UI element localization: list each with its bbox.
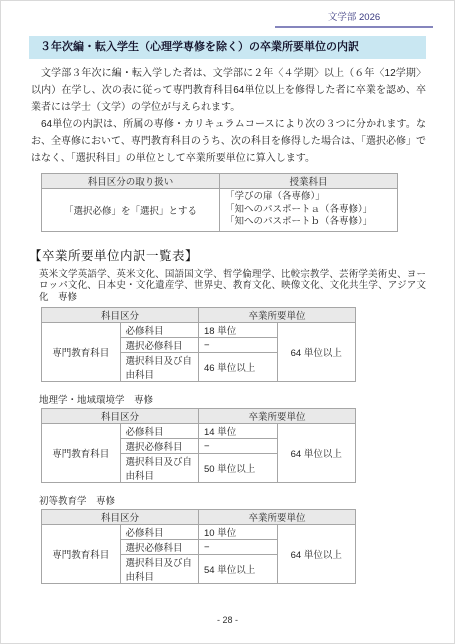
- table-row: 専門教育科目 必修科目 14 単位 64 単位以上: [42, 424, 356, 439]
- subject-type-cell: 必修科目: [120, 525, 199, 540]
- table-header-row: 科目区分 卒業所要単位: [42, 409, 356, 424]
- page-number: - 28 -: [1, 615, 454, 625]
- breakdown-section-heading: 【卒業所要単位内訳一覧表】: [29, 246, 428, 264]
- elementary-education-table-caption: 初等教育学 専修: [39, 493, 428, 507]
- subject-type-cell: 選択必修科目: [120, 540, 199, 555]
- intro-paragraph: 文学部３年次に編・転入学した者は、文学部に２年〈４学期〉以上（６年〈12学期〉以…: [31, 65, 426, 116]
- page-content: 文学部３年次に編・転入学した者は、文学部に２年〈４学期〉以上（６年〈12学期〉以…: [31, 65, 428, 584]
- units-column-header: 卒業所要単位: [199, 308, 356, 323]
- table-header-row: 科目区分の取り扱い 授業科目: [42, 174, 398, 189]
- subject-item: 「知へのパスポートｂ（各専修）」: [225, 216, 392, 229]
- geography-table-caption: 地理学・地域環境学 専修: [39, 392, 428, 406]
- page-header-label: 文学部 2026: [275, 9, 433, 28]
- units-cell: 14 単位: [199, 424, 278, 439]
- subject-type-cell: 選択必修科目: [120, 439, 199, 454]
- table-row: 専門教育科目 必修科目 18 単位 64 単位以上: [42, 323, 356, 338]
- total-units-cell: 64 単位以上: [277, 525, 356, 584]
- units-cell: 54 単位以上: [199, 555, 278, 584]
- units-cell: 18 単位: [199, 323, 278, 338]
- units-column-header: 卒業所要単位: [199, 409, 356, 424]
- handling-cell: 「選択必修」を「選択」とする: [42, 189, 220, 232]
- total-units-cell: 64 単位以上: [277, 424, 356, 483]
- subject-type-cell: 必修科目: [120, 323, 199, 338]
- units-column-header: 卒業所要単位: [199, 510, 356, 525]
- subject-handling-table: 科目区分の取り扱い 授業科目 「選択必修」を「選択」とする 「学びの扉（各専修）…: [41, 173, 398, 232]
- majors-list-caption: 英米文学英語学、英米文化、国語国文学、哲学倫理学、比較宗教学、芸術学美術史、ヨー…: [39, 269, 426, 304]
- subject-type-cell: 選択科目及び自由科目: [120, 454, 199, 483]
- category-column-header: 科目区分: [42, 510, 199, 525]
- category-cell: 専門教育科目: [42, 525, 121, 584]
- category-column-header: 科目区分: [42, 308, 199, 323]
- units-cell: 50 単位以上: [199, 454, 278, 483]
- subject-item: 「学びの扉（各専修）」: [225, 191, 392, 204]
- table-row: 「選択必修」を「選択」とする 「学びの扉（各専修）」 「知へのパスポートａ（各専…: [42, 189, 398, 232]
- breakdown-note-paragraph: 64単位の内訳は、所属の専修・カリキュラムコースにより次の３つに分かれます。なお…: [31, 116, 426, 167]
- unit-breakdown-table-humanities: 科目区分 卒業所要単位 専門教育科目 必修科目 18 単位 64 単位以上 選択…: [41, 307, 356, 382]
- document-page: 文学部 2026 ３年次編・転入学生（心理学専修を除く）の卒業所要単位の内訳 文…: [0, 0, 455, 644]
- subject-type-cell: 選択科目及び自由科目: [120, 353, 199, 382]
- subject-type-cell: 必修科目: [120, 424, 199, 439]
- total-units-cell: 64 単位以上: [277, 323, 356, 382]
- table-header-row: 科目区分 卒業所要単位: [42, 308, 356, 323]
- subjects-column-header: 授業科目: [220, 174, 398, 189]
- section-title-bar: ３年次編・転入学生（心理学専修を除く）の卒業所要単位の内訳: [29, 36, 426, 59]
- units-cell: −: [199, 540, 278, 555]
- units-cell: 46 単位以上: [199, 353, 278, 382]
- subject-item: 「知へのパスポートａ（各専修）」: [225, 204, 392, 217]
- unit-breakdown-table-elementary-education: 科目区分 卒業所要単位 専門教育科目 必修科目 10 単位 64 単位以上 選択…: [41, 509, 356, 584]
- subjects-cell: 「学びの扉（各専修）」 「知へのパスポートａ（各専修）」 「知へのパスポートｂ（…: [220, 189, 398, 232]
- subject-type-cell: 選択必修科目: [120, 338, 199, 353]
- table-header-row: 科目区分 卒業所要単位: [42, 510, 356, 525]
- category-column-header: 科目区分: [42, 409, 199, 424]
- category-cell: 専門教育科目: [42, 323, 121, 382]
- category-cell: 専門教育科目: [42, 424, 121, 483]
- table-row: 専門教育科目 必修科目 10 単位 64 単位以上: [42, 525, 356, 540]
- subject-type-cell: 選択科目及び自由科目: [120, 555, 199, 584]
- units-cell: 10 単位: [199, 525, 278, 540]
- handling-column-header: 科目区分の取り扱い: [42, 174, 220, 189]
- units-cell: −: [199, 439, 278, 454]
- unit-breakdown-table-geography: 科目区分 卒業所要単位 専門教育科目 必修科目 14 単位 64 単位以上 選択…: [41, 408, 356, 483]
- units-cell: −: [199, 338, 278, 353]
